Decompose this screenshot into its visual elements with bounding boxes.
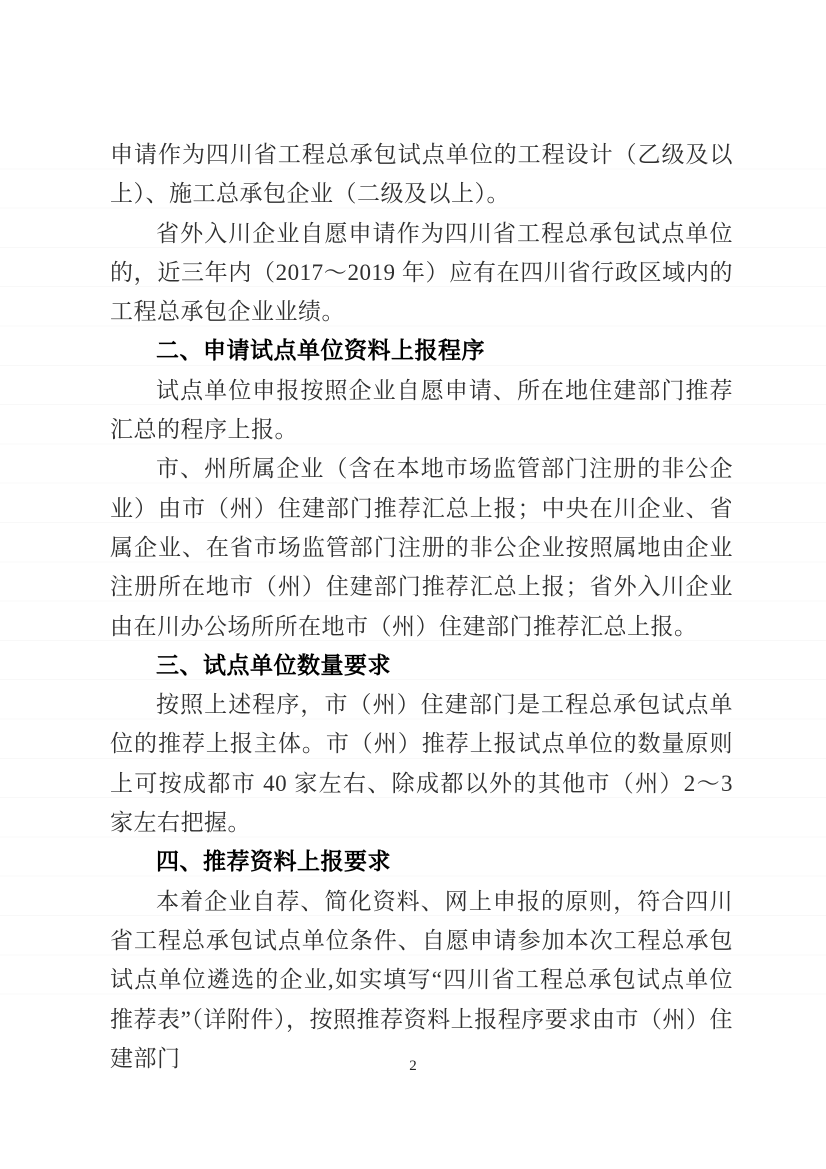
section-heading-2-reporting-procedure: 二、申请试点单位资料上报程序 — [110, 331, 733, 370]
paragraph-materials-requirement: 本着企业自荐、简化资料、网上申报的原则，符合四川省工程总承包试点单位条件、自愿申… — [110, 882, 733, 1078]
section-heading-3-quantity-requirement: 三、试点单位数量要求 — [110, 646, 733, 685]
document-page: 申请作为四川省工程总承包试点单位的工程设计（乙级及以上）、施工总承包企业（二级及… — [0, 0, 826, 1169]
page-number: 2 — [0, 1058, 826, 1075]
paragraph-quantity-requirement: 按照上述程序，市（州）住建部门是工程总承包试点单位的推荐上报主体。市（州）推荐上… — [110, 685, 733, 842]
document-body: 申请作为四川省工程总承包试点单位的工程设计（乙级及以上）、施工总承包企业（二级及… — [110, 135, 733, 1078]
paragraph-reporting-procedure-detail: 市、州所属企业（含在本地市场监管部门注册的非公企业）由市（州）住建部门推荐汇总上… — [110, 449, 733, 645]
paragraph-reporting-procedure-intro: 试点单位申报按照企业自愿申请、所在地住建部门推荐汇总的程序上报。 — [110, 371, 733, 450]
paragraph-out-of-province-requirement: 省外入川企业自愿申请作为四川省工程总承包试点单位的，近三年内（2017～2019… — [110, 214, 733, 332]
section-heading-4-materials-requirement: 四、推荐资料上报要求 — [110, 842, 733, 881]
paragraph-eligibility-continuation: 申请作为四川省工程总承包试点单位的工程设计（乙级及以上）、施工总承包企业（二级及… — [110, 135, 733, 214]
